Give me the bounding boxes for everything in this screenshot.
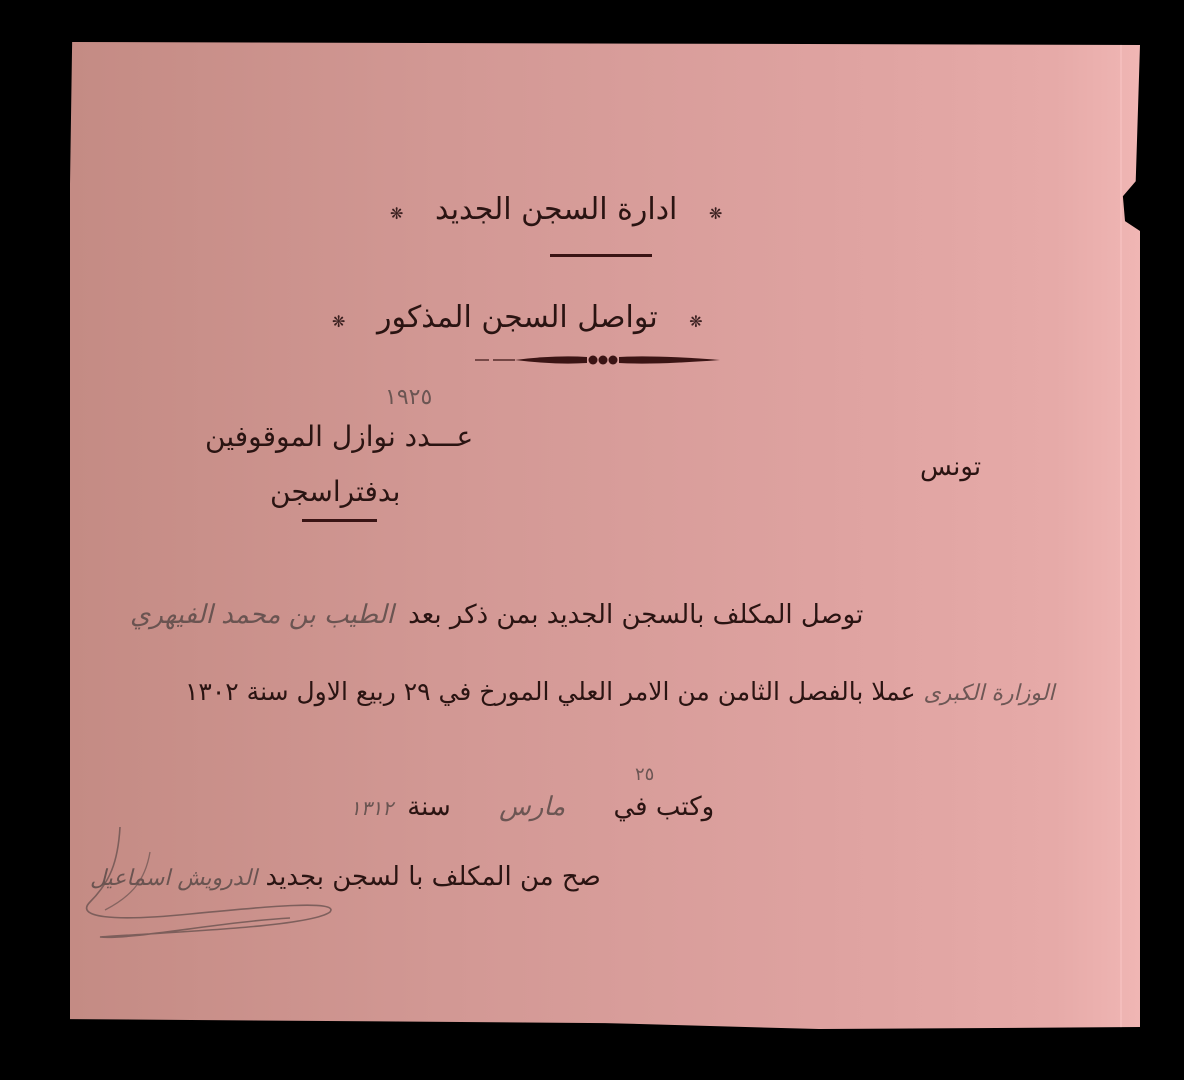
ministry-handwritten: الوزارة الكبرى	[923, 681, 1054, 706]
register-underline	[302, 519, 377, 522]
year-label: سنة	[407, 792, 451, 822]
header-subtitle: تواصل السجن المذكور	[377, 300, 658, 335]
register-label: بدفتراسجن	[270, 475, 400, 508]
date-year-handwritten: ١٣١٢	[350, 796, 393, 820]
body-line2-printed: عملا بالفصل الثامن من الامر العلي المورخ…	[185, 677, 916, 706]
signature-flourish-icon	[70, 822, 370, 952]
written-in-label: وكتب في	[614, 792, 715, 822]
star-ornament-icon: ❋	[689, 312, 702, 331]
date-month-handwritten: مارس	[499, 792, 565, 822]
header-title: ادارة السجن الجديد	[435, 192, 677, 227]
star-ornament-icon: ❋	[390, 204, 403, 223]
body-line1: توصل المكلف بالسجن الجديد بمن ذكر بعد ال…	[130, 600, 863, 630]
count-label: عـــدد نوازل الموقوفين	[205, 420, 473, 453]
header-subtitle-row: ❋ تواصل السجن المذكور ❋	[332, 300, 703, 335]
body-line1-printed: توصل المكلف بالسجن الجديد بمن ذكر بعد	[408, 600, 863, 630]
star-ornament-icon: ❋	[709, 204, 722, 223]
count-number: ١٩٢٥	[385, 385, 432, 410]
ornamental-divider-icon	[475, 352, 725, 368]
body-line2: الوزارة الكبرى عملا بالفصل الثامن من الا…	[185, 677, 1055, 706]
date-day-handwritten: ٢٥	[635, 764, 654, 785]
document-paper: ❋ ادارة السجن الجديد ❋ ❋ تواصل السجن الم…	[70, 42, 1140, 1037]
paper-fold	[1120, 42, 1122, 1037]
date-line: وكتب في مارس سنة ١٣١٢	[350, 792, 714, 822]
place-label: تونس	[920, 452, 981, 482]
header-title-row: ❋ ادارة السجن الجديد ❋	[390, 192, 722, 227]
header-divider	[550, 254, 652, 257]
prisoner-name-handwritten: الطيب بن محمد الفيهري	[130, 600, 394, 630]
star-ornament-icon: ❋	[332, 312, 345, 331]
